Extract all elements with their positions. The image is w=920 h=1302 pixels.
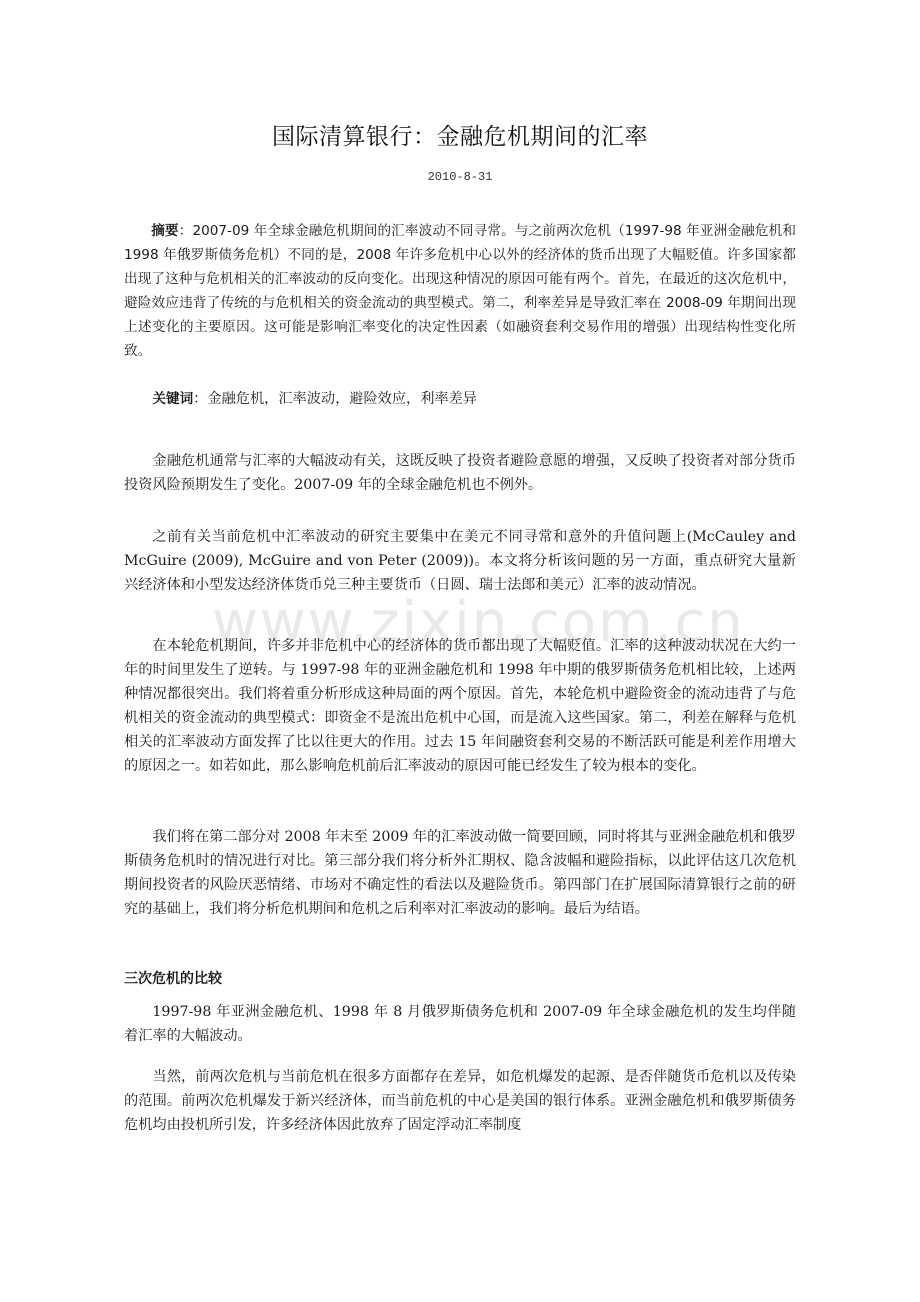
paragraph-3: 在本轮危机期间，许多并非危机中心的经济体的货币都出现了大幅贬值。汇率的这种波动状… [124,634,796,778]
section-paragraph-2: 当然，前两次危机与当前危机在很多方面都存在差异，如危机爆发的起源、是否伴随货币危… [124,1065,796,1137]
paragraph-2: 之前有关当前危机中汇率波动的研究主要集中在美元不同寻常和意外的升值问题上(McC… [124,525,796,597]
abstract: 摘要：2007-09 年全球金融危机期间的汇率波动不同寻常。与之前两次危机（19… [124,219,796,363]
keywords: 关键词：金融危机，汇率波动，避险效应，利率差异 [124,387,796,411]
section-heading: 三次危机的比较 [124,968,222,988]
keywords-text: 金融危机，汇率波动，避险效应，利率差异 [207,391,477,407]
document-page: www.zixin.com.cn 国际清算银行：金融危机期间的汇率 2010-8… [0,0,920,1302]
abstract-text: 2007-09 年全球金融危机期间的汇率波动不同寻常。与之前两次危机（1997-… [124,223,796,359]
abstract-separator: ： [179,223,193,239]
keywords-separator: ： [193,391,207,407]
paragraph-4: 我们将在第二部分对 2008 年末至 2009 年的汇率波动做一简要回顾，同时将… [124,825,796,921]
paragraph-1: 金融危机通常与汇率的大幅波动有关，这既反映了投资者避险意愿的增强，又反映了投资者… [124,449,796,497]
abstract-label: 摘要 [151,223,179,239]
document-date: 2010-8-31 [0,170,920,184]
document-title: 国际清算银行：金融危机期间的汇率 [0,118,920,151]
section-paragraph-1: 1997-98 年亚洲金融危机、1998 年 8 月俄罗斯债务危机和 2007-… [124,1000,796,1048]
keywords-label: 关键词 [152,391,193,407]
